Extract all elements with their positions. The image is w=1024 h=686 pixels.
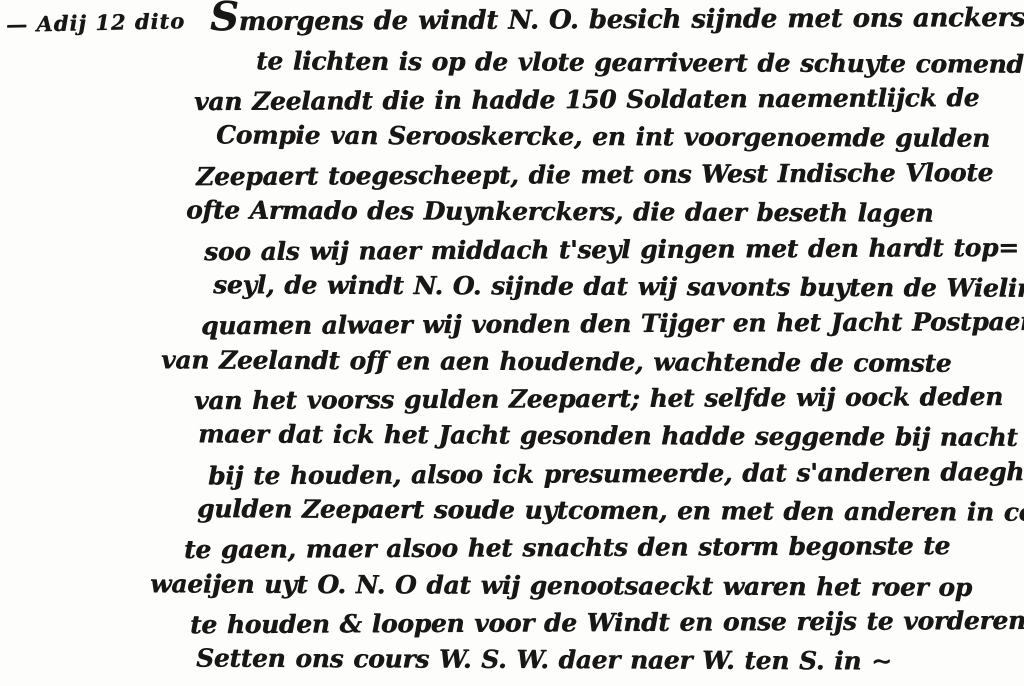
manuscript-page: — Adij 12 dito Smorgens de windt N. O. b… <box>0 0 1024 686</box>
manuscript-line: ofte Armado des Duynkerckers, die daer b… <box>186 193 933 229</box>
manuscript-line: te lichten is op de vlote gearriveert de… <box>256 44 1024 80</box>
margin-date-note: — Adij 12 dito <box>6 8 186 37</box>
manuscript-line: Setten ons cours W. S. W. daer naer W. t… <box>196 641 892 677</box>
manuscript-line: waeijen uyt O. N. O dat wij genootsaeckt… <box>150 567 972 604</box>
manuscript-line: seyl, de windt N. O. sijnde dat wij savo… <box>213 268 1024 305</box>
manuscript-line: van Zeelandt die in hadde 150 Soldaten n… <box>194 81 979 118</box>
manuscript-line: quamen alwaer wij vonden den Tijger en h… <box>201 305 1024 342</box>
manuscript-line: gulden Zeepaert soude uytcomen, en met d… <box>197 492 1024 529</box>
manuscript-line: soo als wij naer middach t'seyl gingen m… <box>204 231 1019 268</box>
manuscript-line: van Zeelandt off en aen houdende, wachte… <box>161 343 951 379</box>
manuscript-line: Zeepaert toegescheept, die met ons West … <box>196 156 993 193</box>
manuscript-line: te gaen, maer alsoo het snachts den stor… <box>184 529 950 566</box>
manuscript-line: van het voorss gulden Zeepaert; het self… <box>194 380 1003 417</box>
manuscript-line: Smorgens de windt N. O. besich sijnde me… <box>210 2 1024 39</box>
manuscript-line: maer dat ick het Jacht gesonden hadde se… <box>198 417 1018 454</box>
manuscript-line: Compie van Serooskercke, en int voorgeno… <box>216 118 990 154</box>
manuscript-line: te houden & loopen voor de Windt en onse… <box>190 604 1024 641</box>
manuscript-line: bij te houden, alsoo ick presumeerde, da… <box>208 455 1024 493</box>
